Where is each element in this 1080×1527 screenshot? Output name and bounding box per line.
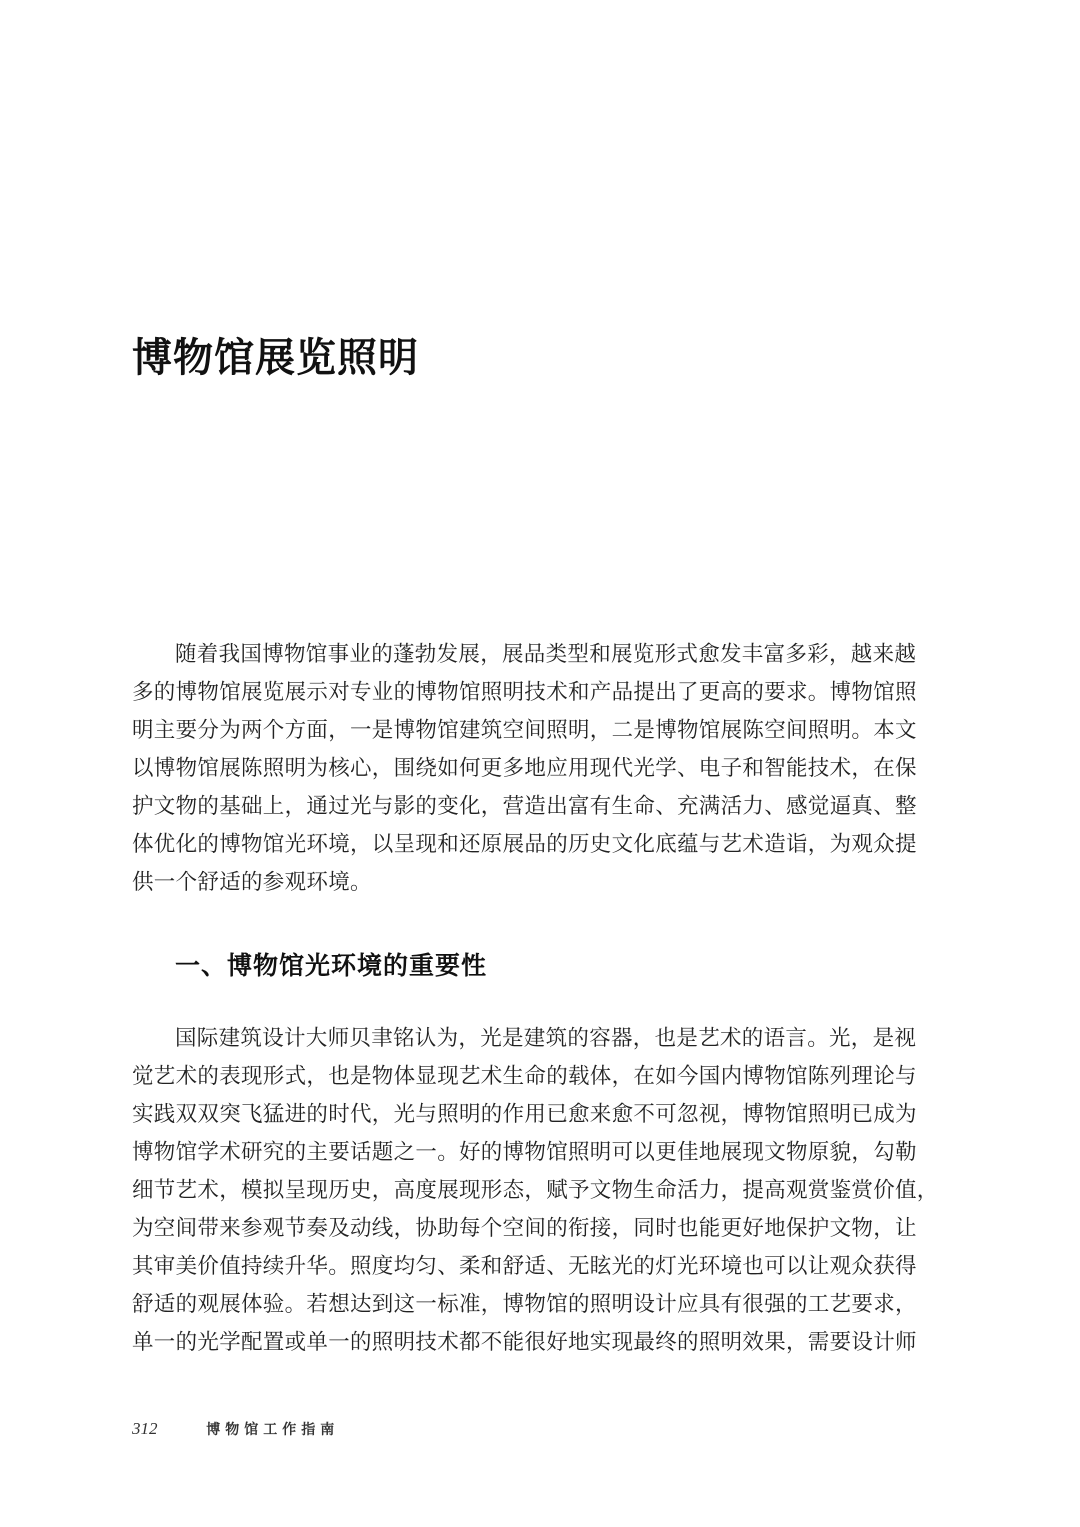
paragraph-line: 细节艺术，模拟呈现历史，高度展现形态，赋予文物生命活力，提高观赏鉴赏价值， xyxy=(132,1172,892,1210)
paragraph-line: 多的博物馆展览展示对专业的博物馆照明技术和产品提出了更高的要求。博物馆照 xyxy=(132,674,892,712)
page-footer: 312 博物馆工作指南 xyxy=(132,1418,339,1441)
paragraph-line: 体优化的博物馆光环境，以呈现和还原展品的历史文化底蕴与艺术造诣，为观众提 xyxy=(132,826,892,864)
chapter-title: 博物馆展览照明 xyxy=(132,332,419,384)
paragraph-line: 为空间带来参观节奏及动线，协助每个空间的衔接，同时也能更好地保护文物，让 xyxy=(132,1210,892,1248)
paragraph-line: 护文物的基础上，通过光与影的变化，营造出富有生命、充满活力、感觉逼真、整 xyxy=(132,788,892,826)
paragraph-line: 博物馆学术研究的主要话题之一。好的博物馆照明可以更佳地展现文物原貌，勾勒 xyxy=(132,1134,892,1172)
paragraph-line: 其审美价值持续升华。照度均匀、柔和舒适、无眩光的灯光环境也可以让观众获得 xyxy=(132,1248,892,1286)
paragraph-line: 随着我国博物馆事业的蓬勃发展，展品类型和展览形式愈发丰富多彩，越来越 xyxy=(132,636,892,674)
section-paragraph: 国际建筑设计大师贝聿铭认为，光是建筑的容器，也是艺术的语言。光，是视 觉艺术的表… xyxy=(132,1020,892,1362)
paragraph-line: 实践双双突飞猛进的时代，光与照明的作用已愈来愈不可忽视，博物馆照明已成为 xyxy=(132,1096,892,1134)
intro-paragraph: 随着我国博物馆事业的蓬勃发展，展品类型和展览形式愈发丰富多彩，越来越 多的博物馆… xyxy=(132,636,892,902)
paragraph-line: 以博物馆展陈照明为核心，围绕如何更多地应用现代光学、电子和智能技术，在保 xyxy=(132,750,892,788)
section-heading: 一、博物馆光环境的重要性 xyxy=(175,948,487,984)
document-page: 博物馆展览照明 随着我国博物馆事业的蓬勃发展，展品类型和展览形式愈发丰富多彩，越… xyxy=(0,0,1080,1527)
paragraph-line: 明主要分为两个方面，一是博物馆建筑空间照明，二是博物馆展陈空间照明。本文 xyxy=(132,712,892,750)
running-book-title: 博物馆工作指南 xyxy=(206,1422,339,1438)
page-number: 312 xyxy=(132,1419,158,1438)
paragraph-line: 国际建筑设计大师贝聿铭认为，光是建筑的容器，也是艺术的语言。光，是视 xyxy=(132,1020,892,1058)
paragraph-line: 供一个舒适的参观环境。 xyxy=(132,864,892,902)
paragraph-line: 单一的光学配置或单一的照明技术都不能很好地实现最终的照明效果，需要设计师 xyxy=(132,1324,892,1362)
paragraph-line: 觉艺术的表现形式，也是物体显现艺术生命的载体，在如今国内博物馆陈列理论与 xyxy=(132,1058,892,1096)
paragraph-line: 舒适的观展体验。若想达到这一标准，博物馆的照明设计应具有很强的工艺要求， xyxy=(132,1286,892,1324)
